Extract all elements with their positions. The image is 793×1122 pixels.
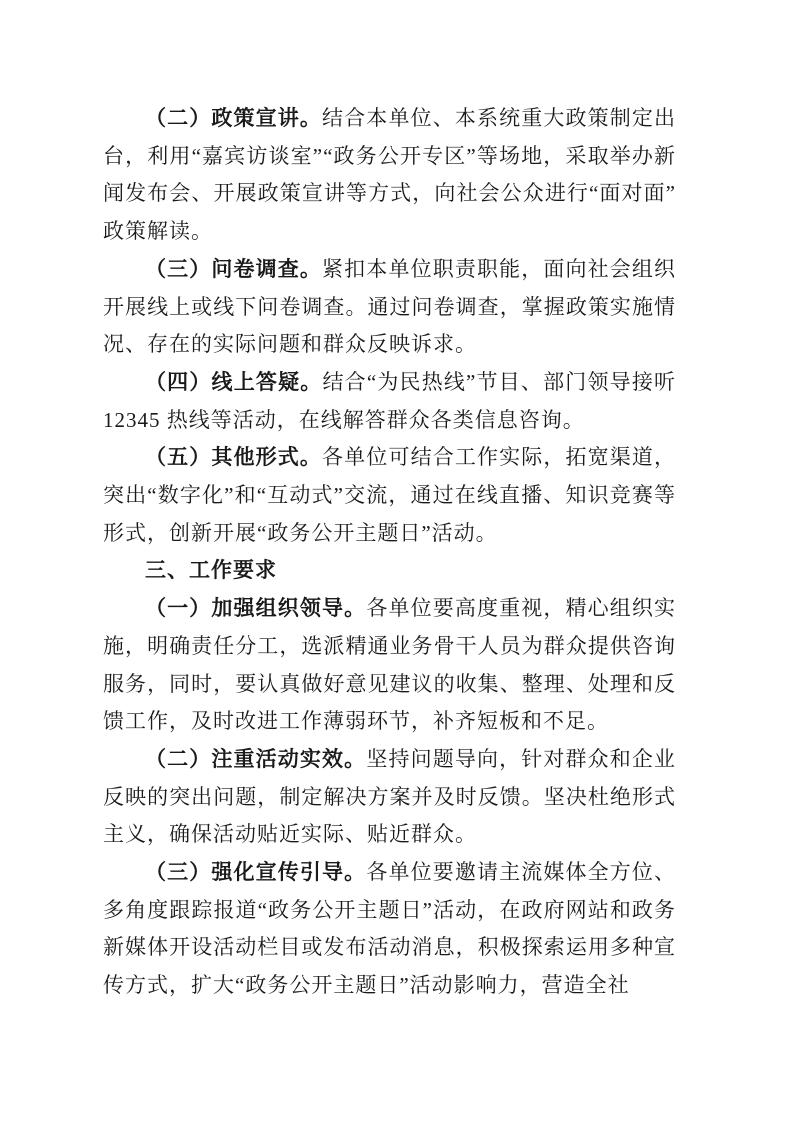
paragraph-publicity-guidance: （三）强化宣传引导。各单位要邀请主流媒体全方位、多角度跟踪报道“政务公开主题日”… [103,854,676,1005]
paragraph-online-qa: （四）线上答疑。结合“为民热线”节目、部门领导接听 12345 热线等活动，在线… [103,364,676,439]
paragraph-policy-lecture: （二）政策宣讲。结合本单位、本系统重大政策制定出台，利用“嘉宾访谈室”“政务公开… [103,100,676,251]
paragraph-lead: （一）加强组织领导。 [145,596,366,620]
paragraph-lead: （二）注重活动实效。 [145,747,366,771]
paragraph-lead: （三）强化宣传引导。 [145,860,366,884]
paragraph-lead: （三）问卷调查。 [145,257,322,281]
section-heading-label: 三、工作要求 [145,559,277,582]
paragraph-questionnaire-survey: （三）问卷调查。紧扣本单位职责职能，面向社会组织开展线上或线下问卷调查。通过问卷… [103,251,676,364]
paragraph-lead: （四）线上答疑。 [145,370,322,394]
paragraph-activity-effectiveness: （二）注重活动实效。坚持问题导向，针对群众和企业反映的突出问题，制定解决方案并及… [103,741,676,854]
paragraph-lead: （二）政策宣讲。 [145,106,322,130]
section-heading-work-requirements: 三、工作要求 [103,552,676,590]
paragraph-other-forms: （五）其他形式。各单位可结合工作实际，拓宽渠道，突出“数字化”和“互动式”交流，… [103,439,676,552]
paragraph-strengthen-leadership: （一）加强组织领导。各单位要高度重视，精心组织实施，明确责任分工，选派精通业务骨… [103,590,676,741]
document-page: （二）政策宣讲。结合本单位、本系统重大政策制定出台，利用“嘉宾访谈室”“政务公开… [0,0,793,1122]
paragraph-lead: （五）其他形式。 [145,445,322,469]
